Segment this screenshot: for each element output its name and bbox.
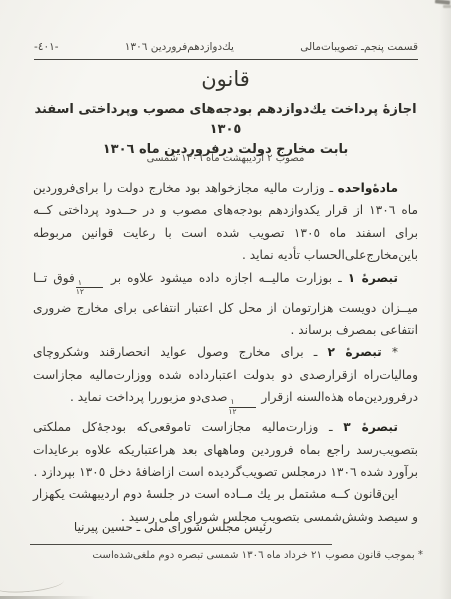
header-page-number: -٤٠١- — [34, 41, 59, 53]
paragraph-note-3: تبصرۀ ٣ ـ وزارت‌مالیه مجازاست تاموقعی‌كه… — [33, 416, 418, 483]
signature-line: رئیس مجلس شورای ملی ـ حسین پیرنیا — [40, 520, 306, 534]
page-header: قسمت پنجم‌ـ تصویبات‌مالی یك‌دوازدهم‌فرور… — [34, 41, 418, 53]
header-section-label: قسمت پنجم‌ـ تصویبات‌مالی — [300, 41, 418, 53]
paragraph-text: ـ بوزارت مالیــه اجازه داده میشود علاوه … — [105, 271, 348, 285]
paragraph-note-2: * تبصرۀ ٢ ـ برای مخارج وصول عواید انحصار… — [33, 341, 418, 416]
paragraph-lead: تبصرۀ ٢ — [327, 345, 381, 359]
fraction-denominator: ١٢ — [76, 288, 104, 297]
fraction-one-twelfth: ١١٢ — [76, 279, 104, 297]
paragraph-note-1: تبصرۀ ١ ـ بوزارت مالیــه اجازه داده میشو… — [33, 267, 418, 342]
law-title: قانون — [0, 67, 451, 91]
law-subtitle-line1: اجازۀ پرداخت یك‌دوازدهم بودجه‌های مصوب و… — [34, 102, 416, 137]
paragraph-text: این‌قانون كــه مشتمل بر یك مــاده است در… — [33, 487, 418, 523]
paragraph-text: صدی‌دو مزبوررا پرداخت نماید . — [70, 390, 227, 404]
header-rule — [34, 59, 418, 60]
paragraph-lead: مادۀواحده — [338, 181, 398, 195]
paragraph-lead: تبصرۀ ١ — [348, 271, 398, 285]
header-date-label: یك‌دوازدهم‌فروردین ١٣٠٦ — [125, 41, 234, 53]
footnote-asterisk-marker: * — [382, 345, 398, 359]
approval-date-line: مصوب ٢ اردیبهشت ماه ١٣٠٦ شمسی — [0, 153, 451, 164]
fraction-one-twelfth: ١١٢ — [228, 398, 256, 416]
law-body: مادۀواحده ـ وزارت مالیه مجازخواهد بود مخ… — [33, 177, 418, 528]
footnote-text: بموجب قانون مصوب ٢١ خرداد ماه ١٣٠٦ شمسی … — [92, 550, 418, 561]
footnote: * بموجب قانون مصوب ٢١ خرداد ماه ١٣٠٦ شمس… — [25, 550, 423, 561]
footnote-rule — [30, 544, 332, 545]
paragraph-single-article: مادۀواحده ـ وزارت مالیه مجازخواهد بود مخ… — [33, 177, 418, 267]
scan-artifact-bottom-arc — [0, 572, 65, 595]
footnote-asterisk-marker: * — [418, 550, 423, 561]
scan-artifact-corner-2 — [443, 5, 451, 8]
scanned-document-page: قسمت پنجم‌ـ تصویبات‌مالی یك‌دوازدهم‌فرور… — [0, 0, 451, 599]
law-subtitle: اجازۀ پرداخت یك‌دوازدهم بودجه‌های مصوب و… — [20, 100, 431, 160]
paragraph-lead: تبصرۀ ٣ — [343, 420, 398, 434]
fraction-denominator: ١٢ — [228, 408, 256, 417]
